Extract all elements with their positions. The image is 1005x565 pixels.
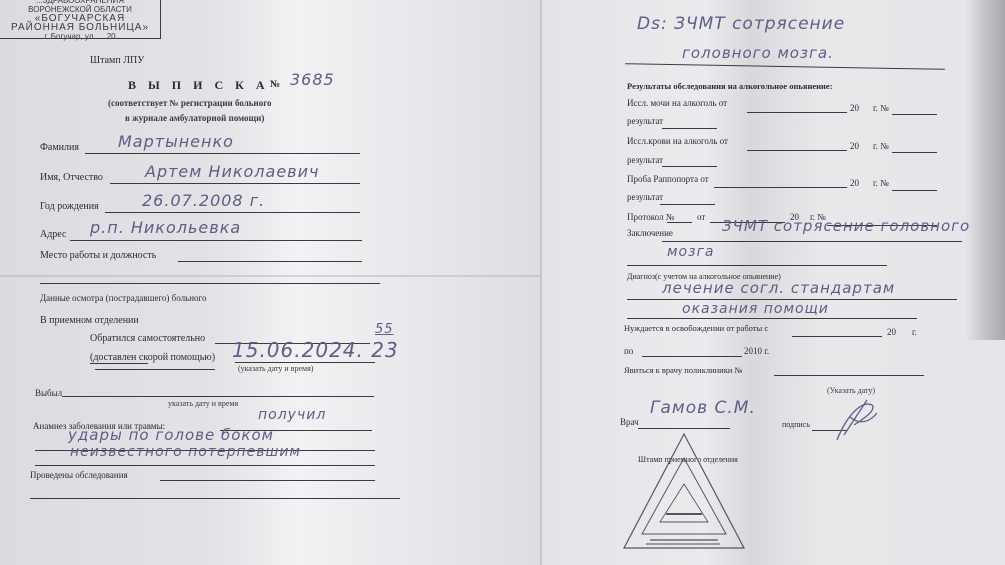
diagnosis-value-1: лечение согл. стандартам bbox=[662, 279, 895, 297]
extract-number: 3685 bbox=[290, 70, 335, 89]
urine-label: Иссл. мочи на алкоголь от bbox=[627, 98, 727, 108]
rappoport-number-label: г. № bbox=[873, 178, 889, 188]
release-to-year: 2010 г. bbox=[744, 346, 769, 356]
birth-value: 26.07.2008 г. bbox=[142, 191, 265, 210]
release-to-label: по bbox=[624, 346, 633, 356]
urine-number-label: г. № bbox=[873, 103, 889, 113]
blood-year: 20 bbox=[850, 141, 859, 151]
diagnosis-note-2: головного мозга. bbox=[682, 44, 834, 62]
blood-label: Иссл.крови на алкоголь от bbox=[627, 136, 728, 146]
diagnosis-value-2: оказания помощи bbox=[682, 301, 829, 317]
visit-label: Явиться к врачу поликлиники № bbox=[624, 365, 743, 375]
anamnesis-value-3: неизвестного потерпевшим bbox=[70, 444, 301, 460]
urine-result-label: результат bbox=[627, 116, 663, 126]
name-label: Имя, Отчество bbox=[40, 172, 103, 183]
doctor-label: Врач bbox=[620, 417, 639, 427]
discharged-label: Выбыл bbox=[35, 388, 62, 398]
release-year: 20 bbox=[887, 327, 896, 337]
left-page: ...ЗДРАВООХРАНЕНИЯ ВОРОНЕЖСКОЙ ОБЛАСТИ «… bbox=[0, 0, 540, 565]
stamp-label: Штамп ЛПУ bbox=[90, 55, 144, 66]
ambulance-label: (доставлен скорой помощью) bbox=[90, 352, 215, 363]
hospital-header-stamp: ...ЗДРАВООХРАНЕНИЯ ВОРОНЕЖСКОЙ ОБЛАСТИ «… bbox=[0, 0, 161, 39]
protocol-label: Протокол № bbox=[627, 212, 674, 222]
address-value: р.п. Никольевка bbox=[90, 218, 241, 237]
surname-value: Мартыненко bbox=[118, 132, 234, 151]
doctor-signature bbox=[832, 395, 882, 445]
conclusion-value-2: мозга bbox=[667, 244, 715, 260]
discharged-hint: указать дату и время bbox=[168, 399, 238, 408]
work-label: Место работы и должность bbox=[40, 250, 156, 261]
arrival-minutes: 55 bbox=[375, 322, 394, 337]
examinations-label: Проведены обследования bbox=[30, 470, 128, 480]
conclusion-label: Заключение bbox=[627, 228, 673, 238]
surname-label: Фамилия bbox=[40, 142, 79, 153]
release-year-suffix: г. bbox=[912, 327, 917, 337]
results-heading: Результаты обследования на алкогольное о… bbox=[627, 81, 833, 91]
visit-hint: (Указать дату) bbox=[827, 386, 875, 395]
urine-year: 20 bbox=[850, 103, 859, 113]
arrival-datetime: 15.06.2024. 23 bbox=[232, 338, 399, 362]
rappoport-year: 20 bbox=[850, 178, 859, 188]
address-label: Адрес bbox=[40, 229, 66, 240]
signature-label: подпись bbox=[782, 420, 810, 429]
number-label: № bbox=[270, 79, 280, 90]
rappoport-result-label: результат bbox=[627, 192, 663, 202]
diagnosis-note-1: Ds: ЗЧМТ сотрясение bbox=[637, 14, 845, 34]
date-hint: (указать дату и время) bbox=[238, 364, 313, 373]
release-label: Нуждается в освобождении от работы с bbox=[624, 323, 768, 333]
blood-result-label: результат bbox=[627, 155, 663, 165]
subtitle-2: в журнале амбулаторной помощи) bbox=[125, 113, 264, 123]
anamnesis-value-2: удары по голове боком bbox=[68, 426, 274, 444]
doctor-name: Гамов С.М. bbox=[650, 398, 756, 418]
document-title: ВЫПИСКА bbox=[128, 78, 277, 93]
right-page: Ds: ЗЧМТ сотрясение головного мозга. Рез… bbox=[542, 0, 1005, 565]
blood-number-label: г. № bbox=[873, 141, 889, 151]
conclusion-value-1: ЗЧМТ сотрясение головного bbox=[722, 217, 970, 235]
birth-label: Год рождения bbox=[40, 201, 99, 212]
department-triangle-stamp bbox=[620, 430, 748, 552]
self-referral-label: Обратился самостоятельно bbox=[90, 333, 205, 344]
stamp-line-5: г. Богучар, ул. ... 20 bbox=[0, 32, 160, 41]
page-shadow bbox=[965, 0, 1005, 340]
protocol-from: от bbox=[697, 212, 705, 222]
anamnesis-value-1: получил bbox=[258, 407, 326, 423]
subtitle-1: (соответствует № регистрации больного bbox=[108, 98, 272, 108]
rappoport-label: Проба Раппопорта от bbox=[627, 174, 709, 184]
name-value: Артем Николаевич bbox=[145, 162, 319, 181]
dept-label: В приемном отделении bbox=[40, 315, 139, 326]
stamp-line-4: РАЙОННАЯ БОЛЬНИЦА» bbox=[0, 23, 160, 32]
exam-heading: Данные осмотра (пострадавшего) больного bbox=[40, 293, 207, 303]
